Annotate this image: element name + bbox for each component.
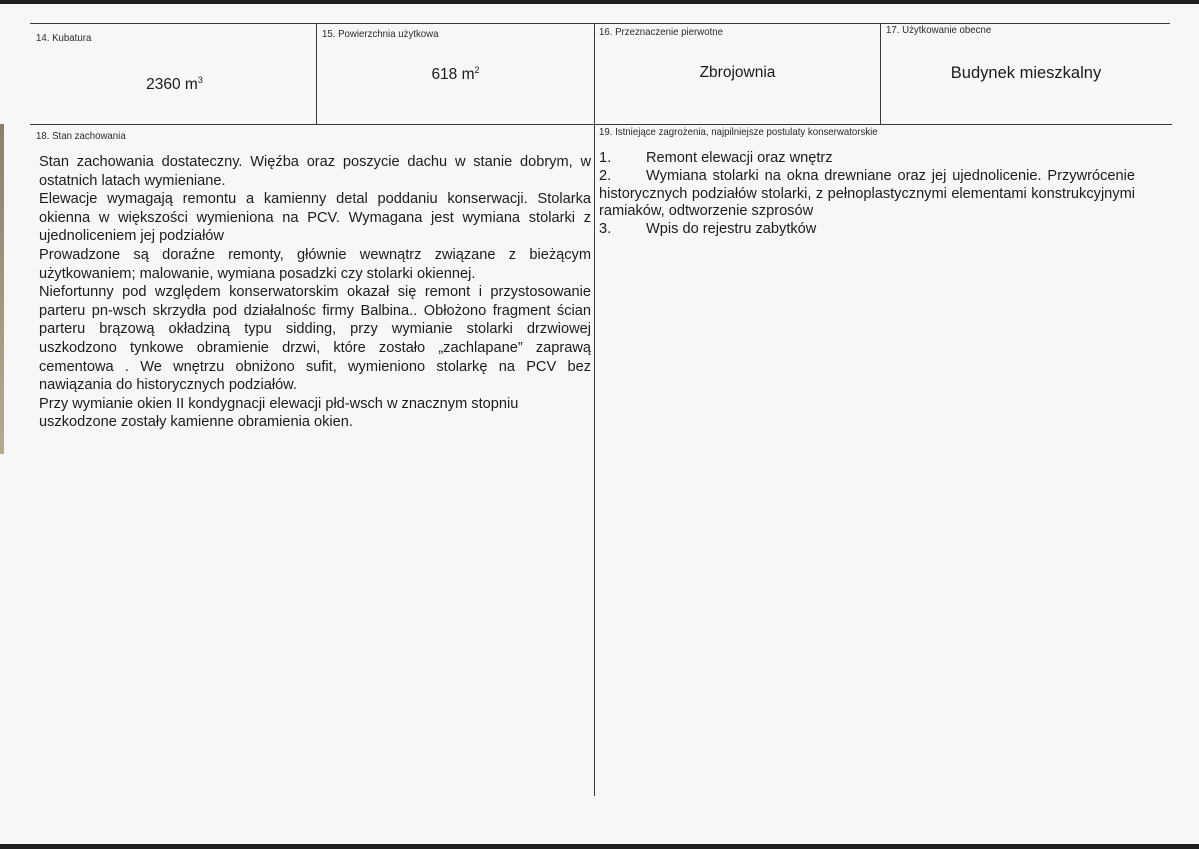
kubatura-number: 2360 m <box>146 76 198 93</box>
scan-edge <box>0 124 4 454</box>
document-page: 14. Kubatura 2360 m3 15. Powierzchnia uż… <box>0 4 1199 844</box>
list-item: 3.Wpis do rejestru zabytków <box>599 221 1135 239</box>
kubatura-exponent: 3 <box>198 75 203 85</box>
paragraph: Stan zachowania dostateczny. Więźba oraz… <box>39 153 591 190</box>
kubatura-label: 14. Kubatura <box>36 32 91 44</box>
item-number: 3. <box>599 221 646 239</box>
item-text: Wpis do rejestru zabytków <box>646 221 816 237</box>
row-divider <box>30 124 1172 125</box>
powierzchnia-label: 15. Powierzchnia użytkowa <box>322 28 439 40</box>
przeznaczenie-label: 16. Przeznaczenie pierwotne <box>599 26 723 38</box>
item-number: 1. <box>599 150 646 168</box>
powierzchnia-value: 618 m2 <box>317 66 594 84</box>
przeznaczenie-value: Zbrojownia <box>595 64 880 82</box>
item-text: Remont elewacji oraz wnętrz <box>646 150 833 166</box>
table-top-border <box>30 23 1170 24</box>
paragraph: Przy wymianie okien II kondygnacji elewa… <box>39 395 591 432</box>
col-divider-2 <box>594 23 595 796</box>
list-item: 1.Remont elewacji oraz wnętrz <box>599 150 1135 168</box>
paragraph: Prowadzone są doraźne remonty, głównie w… <box>39 246 591 283</box>
kubatura-value: 2360 m3 <box>33 76 316 94</box>
uzytkowanie-label: 17. Użytkowanie obecne <box>886 24 991 36</box>
paragraph: Elewacje wymagają remontu a kamienny det… <box>39 190 591 246</box>
list-item: 2.Wymiana stolarki na okna drewniane ora… <box>599 168 1135 221</box>
stan-zachowania-label: 18. Stan zachowania <box>36 130 126 142</box>
paragraph: Niefortunny pod względem konserwatorskim… <box>39 283 591 395</box>
powierzchnia-exponent: 2 <box>475 65 480 75</box>
powierzchnia-number: 618 m <box>431 66 474 83</box>
stan-zachowania-text: Stan zachowania dostateczny. Więźba oraz… <box>39 153 591 432</box>
item-number: 2. <box>599 168 646 186</box>
uzytkowanie-value: Budynek mieszkalny <box>881 64 1171 83</box>
item-text: Wymiana stolarki na okna drewniane oraz … <box>599 168 1135 220</box>
zagrozenia-list: 1.Remont elewacji oraz wnętrz 2.Wymiana … <box>599 150 1135 239</box>
zagrozenia-label: 19. Istniejące zagrożenia, najpilniejsze… <box>599 126 878 138</box>
